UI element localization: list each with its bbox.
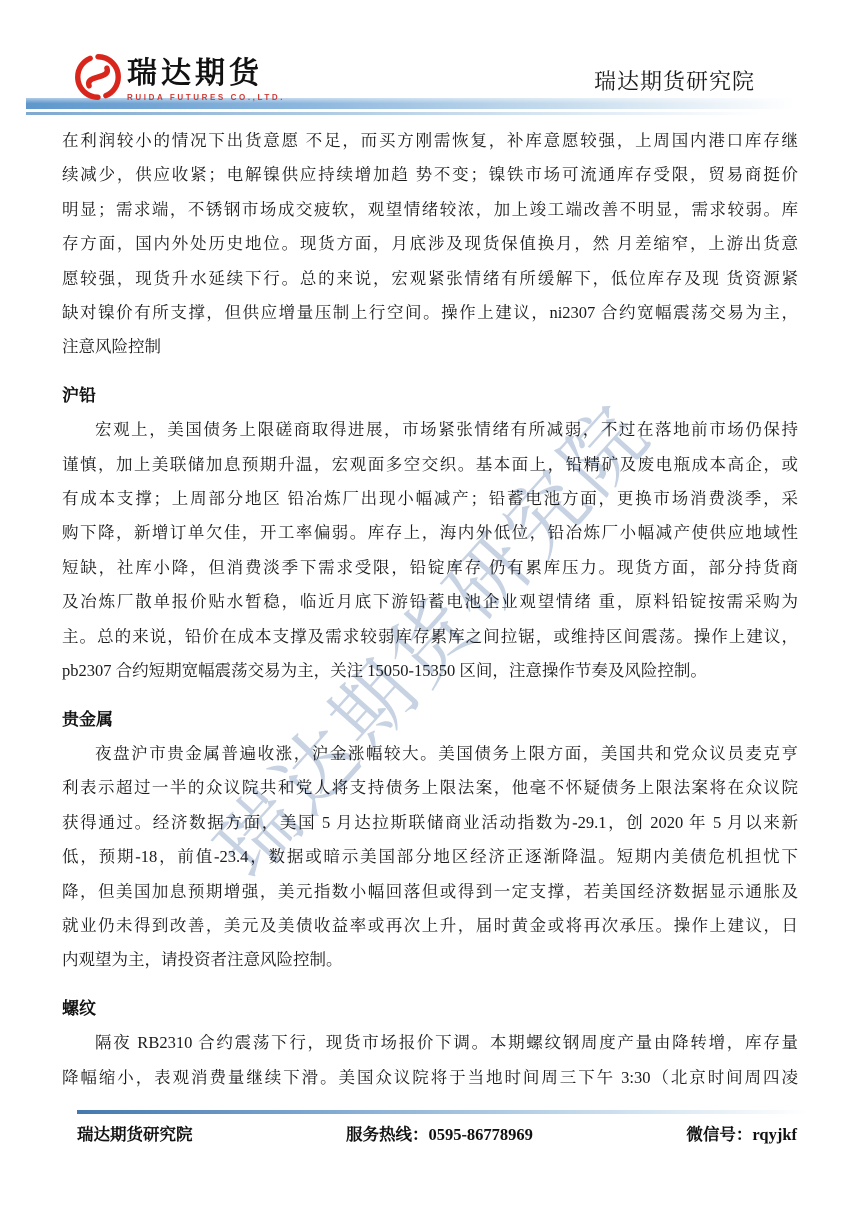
text-line: 注意风险控制 (62, 330, 798, 364)
brand-name-cn: 瑞达期货 (127, 59, 285, 89)
header-institute-title: 瑞达期货研究院 (594, 69, 755, 95)
text-line: pb2307 合约短期宽幅震荡交易为主，关注 15050-15350 区间，注意… (62, 654, 798, 688)
text-line: 愿较强，现货升水延续下行。总的来说，宏观紧张情绪有所缓解下，低位库存及现 货资源… (62, 262, 798, 296)
text-line: 在利润较小的情况下出货意愿 不足，而买方刚需恢复，补库意愿较强，上周国内港口库存… (62, 124, 798, 158)
text-line: 宏观上，美国债务上限磋商取得进展，市场紧张情绪有所减弱，不过在落地前市场仍保持 (62, 413, 798, 447)
text-line: 降幅缩小，表观消费量继续下滑。美国众议院将于当地时间周三下午 3:30（北京时间… (62, 1061, 798, 1095)
brand-text: 瑞达期货 RUIDA FUTURES CO.,LTD. (127, 53, 285, 102)
section-heading: 贵金属 (62, 703, 798, 737)
company-logo: 瑞达期货 RUIDA FUTURES CO.,LTD. (74, 53, 285, 102)
footer: 瑞达期货研究院 服务热线：0595-86778969 微信号：rqyjkf (77, 1124, 797, 1146)
footer-hotline: 服务热线：0595-86778969 (346, 1124, 533, 1146)
text-line: 明显；需求端，不锈钢市场成交疲软，观望情绪较浓，加上竣工端改善不明显，需求较弱。… (62, 193, 798, 227)
text-line: 缺对镍价有所支撑，但供应增量压制上行空间。操作上建议，ni2307 合约宽幅震荡… (62, 296, 798, 330)
text-line: 续减少，供应收紧；电解镍供应持续增加趋 势不变；镍铁市场可流通库存受限，贸易商挺… (62, 158, 798, 192)
text-line: 利表示超过一半的众议院共和党人将支持债务上限法案，他毫不怀疑债务上限法案将在众议… (62, 771, 798, 805)
text-line: 主。总的来说，铅价在成本支撑及需求较弱库存累库之间拉锯，或维持区间震荡。操作上建… (62, 620, 798, 654)
document-body: 在利润较小的情况下出货意愿 不足，而买方刚需恢复，补库意愿较强，上周国内港口库存… (62, 114, 798, 1095)
text-line: 及冶炼厂散单报价贴水暂稳，临近月底下游铅蓄电池企业观望情绪 重，原料铅锭按需采购… (62, 585, 798, 619)
header-divider-line (26, 112, 826, 115)
brand-name-en: RUIDA FUTURES CO.,LTD. (127, 93, 285, 102)
text-line: 有成本支撑；上周部分地区 铅冶炼厂出现小幅减产；铅蓄电池方面，更换市场消费淡季，… (62, 482, 798, 516)
footer-institute: 瑞达期货研究院 (77, 1124, 193, 1146)
text-line: 购下降，新增订单欠佳，开工率偏弱。库存上，海内外低位，铅冶炼厂小幅减产使供应地域… (62, 516, 798, 550)
text-line: 隔夜 RB2310 合约震荡下行，现货市场报价下调。本期螺纹钢周度产量由降转增，… (62, 1026, 798, 1060)
section-heading: 沪铅 (62, 379, 798, 413)
section-heading: 螺纹 (62, 992, 798, 1026)
text-line: 夜盘沪市贵金属普遍收涨，沪金涨幅较大。美国债务上限方面，美国共和党众议员麦克亨 (62, 737, 798, 771)
text-line: 谨慎，加上美联储加息预期升温，宏观面多空交织。基本面上，铅精矿及废电瓶成本高企，… (62, 448, 798, 482)
footer-divider-line (77, 1110, 830, 1114)
text-line: 降，但美国加息预期增强，美元指数小幅回落但或得到一定支撑，若美国经济数据显示通胀… (62, 875, 798, 909)
text-line: 获得通过。经济数据方面，美国 5 月达拉斯联储商业活动指数为-29.1，创 20… (62, 806, 798, 840)
text-line: 短缺，社库小降，但消费淡季下需求受限，铅锭库存 仍有累库压力。现货方面，部分持货… (62, 551, 798, 585)
text-line: 内观望为主，请投资者注意风险控制。 (62, 943, 798, 977)
text-line: 低，预期-18，前值-23.4，数据或暗示美国部分地区经济正逐渐降温。短期内美债… (62, 840, 798, 874)
text-line: 就业仍未得到改善，美元及美债收益率或再次上升，届时黄金或将再次承压。操作上建议，… (62, 909, 798, 943)
text-line: 存方面，国内外处历史地位。现货方面，月底涉及现货保值换月，然 月差缩窄，上游出货… (62, 227, 798, 261)
ruida-logo-icon (74, 53, 122, 101)
footer-wechat: 微信号：rqyjkf (686, 1124, 797, 1146)
document-page: 瑞达期货 RUIDA FUTURES CO.,LTD. 瑞达期货研究院 瑞达期货… (0, 0, 860, 1217)
